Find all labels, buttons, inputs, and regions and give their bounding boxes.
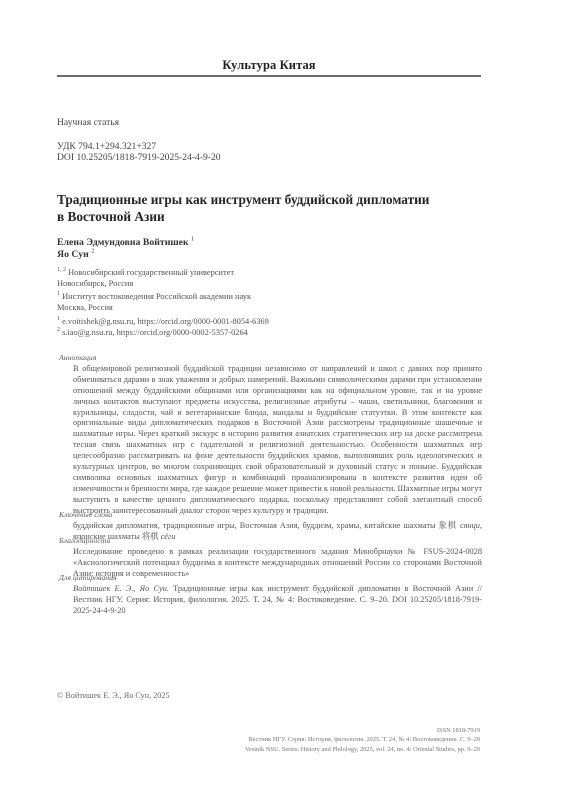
running-header: Культура Китая: [57, 58, 481, 73]
classification-block: УДК 794.1+294.321+327 DOI 10.25205/1818-…: [57, 141, 221, 164]
contact-email-orcid[interactable]: e.voitishek@g.nsu.ru, https://orcid.org/…: [62, 317, 269, 326]
contact-1: 1 e.voitishek@g.nsu.ru, https://orcid.or…: [57, 316, 269, 327]
article-page: Культура Китая Научная статья УДК 794.1+…: [0, 0, 566, 800]
article-type: Научная статья: [57, 117, 119, 128]
header-rule: [57, 75, 481, 77]
affiliation-location: Новосибирск, Россия: [57, 279, 133, 288]
affiliation-mark: 1: [57, 291, 60, 297]
affiliation-location: Москва, Россия: [57, 303, 113, 312]
author-name: Елена Эдмундовна Войтишек: [57, 237, 189, 248]
author-2: Яо Сун 2: [57, 249, 194, 261]
doi[interactable]: DOI 10.25205/1818-7919-2025-24-4-9-20: [57, 152, 221, 163]
article-title-line-2: в Восточной Азии: [57, 209, 165, 224]
contact-mark: 2: [57, 327, 60, 333]
authors-block: Елена Эдмундовна Войтишек 1 Яо Сун 2: [57, 237, 194, 261]
citation-text: Войтишек Е. Э., Яо Сун. Традиционные игр…: [59, 584, 482, 617]
keywords-label: Ключевые слова: [59, 510, 482, 521]
contact-2: 2 s.iao@g.nsu.ru, https://orcid.org/0000…: [57, 327, 269, 338]
article-title: Традиционные игры как инструмент буддийс…: [57, 191, 487, 225]
footer-citation-en: Vestnik NSU. Series: History and Philolo…: [245, 745, 480, 754]
footer-issn: ISSN 1818-7919: [245, 726, 480, 735]
citation-authors: Войтишек Е. Э., Яо Сун.: [73, 584, 169, 593]
citation-label: Для цитирования: [59, 573, 482, 584]
author-name: Яо Сун: [57, 249, 89, 260]
acknowledgements-label: Благодарности: [59, 536, 482, 547]
citation-section: Для цитирования Войтишек Е. Э., Яо Сун. …: [59, 573, 482, 617]
keyword-xiangqi-translit: сянци: [460, 521, 480, 530]
affiliation-name: Институт востоковедения Российской акаде…: [62, 292, 251, 301]
affiliation-mark: 1, 2: [57, 267, 66, 273]
contacts-block: 1 e.voitishek@g.nsu.ru, https://orcid.or…: [57, 316, 269, 338]
author-1: Елена Эдмундовна Войтишек 1: [57, 237, 194, 249]
footer-citation-ru: Вестник НГУ. Серия: История, филология. …: [245, 735, 480, 744]
abstract-section: Аннотация В общемировой религиозной будд…: [59, 353, 482, 517]
author-affiliation-mark: 1: [191, 237, 194, 243]
abstract-label: Аннотация: [59, 353, 482, 364]
author-affiliation-mark: 2: [91, 249, 94, 255]
article-title-line-1: Традиционные игры как инструмент буддийс…: [57, 192, 429, 207]
keywords-main: буддийская дипломатия, традиционные игры…: [73, 521, 457, 530]
affiliation-2: 1 Институт востоковедения Российской ака…: [57, 292, 251, 313]
journal-footer: ISSN 1818-7919 Вестник НГУ. Серия: Истор…: [245, 726, 480, 754]
affiliation-name: Новосибирский государственный университе…: [68, 268, 234, 277]
contact-email-orcid[interactable]: s.iao@g.nsu.ru, https://orcid.org/0000-0…: [62, 328, 248, 337]
contact-mark: 1: [57, 316, 60, 322]
udk-code: УДК 794.1+294.321+327: [57, 141, 221, 152]
abstract-text: В общемировой религиозной буддийской тра…: [59, 364, 482, 517]
affiliation-1: 1, 2 Новосибирский государственный униве…: [57, 268, 234, 289]
copyright-notice: © Войтишек Е. Э., Яо Сун, 2025: [57, 691, 170, 700]
